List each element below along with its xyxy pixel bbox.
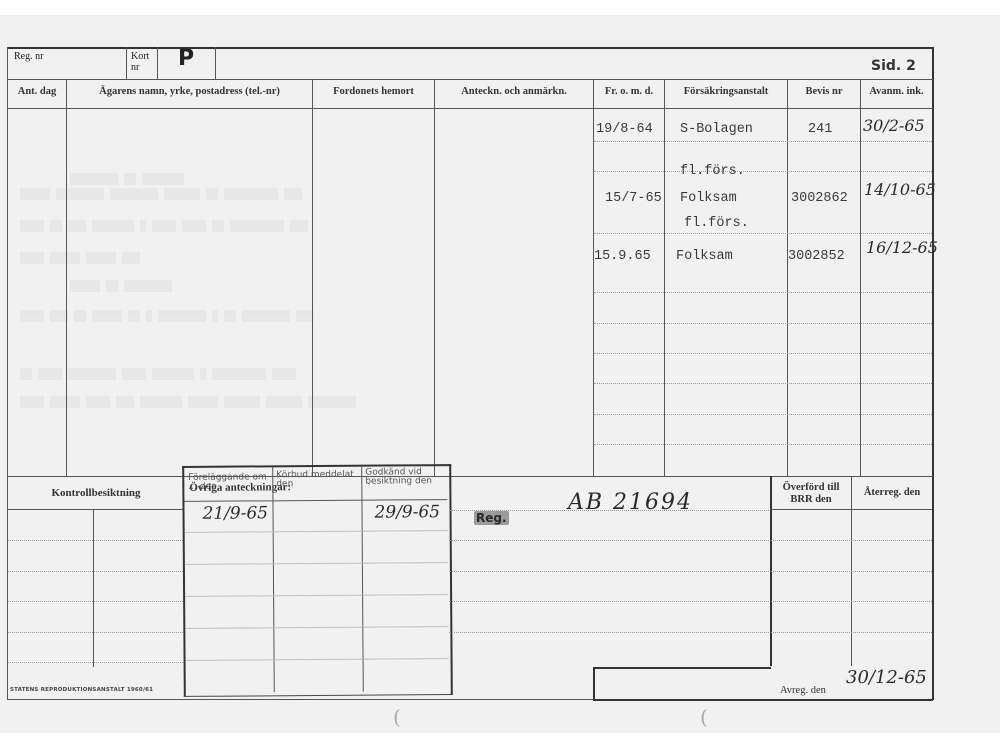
column-header-certificate: Bevis nr — [788, 86, 860, 97]
bleed-through-texture: ▒▒▒▒ ▒▒▒ ▒▒ ▒▒▒▒▒ ▒▒ ▒ ▒▒▒▒▒▒▒▒ ▒ ▒▒ ▒▒▒… — [20, 312, 314, 323]
bleed-through-texture: ▒▒▒▒▒ ▒▒▒▒▒▒▒▒ ▒▒▒▒▒▒▒▒ ▒▒▒▒▒▒ ▒▒ ▒▒▒▒▒▒… — [20, 190, 302, 201]
certificate-number: 3002852 — [788, 249, 845, 264]
kort-nr-value: P — [178, 46, 194, 71]
from-date: 15.9.65 — [594, 249, 651, 264]
other-notes-label: Övriga anteckningar: — [189, 481, 291, 494]
column-header-deregistered: Avanm. ink. — [861, 86, 932, 97]
insurer: Folksam — [680, 191, 737, 206]
column-header-from-date: Fr. o. m. d. — [594, 86, 664, 97]
approved-date: 29/9-65 — [374, 502, 440, 522]
deregistered-date: 14/10-65 — [864, 180, 936, 199]
rereg-label: Återreg. den — [852, 487, 932, 498]
avreg-date: 30/12-65 — [846, 667, 927, 688]
insurance-note: fl.förs. — [684, 216, 749, 231]
page-number: Sid. 2 — [871, 58, 916, 74]
column-header-owner: Ägarens namn, yrke, postadress (tel.-nr) — [67, 86, 312, 97]
insurer: S-Bolagen — [680, 122, 753, 137]
bleed-through-texture: ▒▒▒▒ ▒▒▒▒▒ ▒▒▒▒▒ ▒▒▒ — [20, 254, 140, 265]
kort-nr-label: Kort nr — [131, 51, 153, 73]
reg-stamp: Reg. — [474, 511, 509, 525]
inspection-title: Kontrollbesiktning — [8, 487, 184, 499]
from-date: 19/8-64 — [596, 122, 653, 137]
slip-col-approved-label: Godkänd vid besiktning den — [365, 468, 445, 487]
bleed-through-texture: ▒▒▒▒▒▒▒▒ ▒▒ ▒▒▒▒▒▒▒ — [70, 175, 184, 186]
deregistered-date: 30/2-65 — [863, 116, 925, 135]
insurance-note: fl.förs. — [680, 164, 745, 179]
transferred-to-brr-label: Överförd till BRR den — [772, 482, 850, 506]
printer-imprint: STATENS REPRODUKTIONSANSTALT 1960/61 — [10, 687, 153, 693]
bleed-through-texture: ▒▒ ▒▒▒▒ ▒▒▒▒▒▒▒▒ ▒▒▒▒ ▒▒▒▒▒▒▒ ▒ ▒▒▒▒▒▒▒▒… — [20, 370, 296, 381]
from-date: 15/7-65 — [605, 191, 662, 206]
column-header-ant-dag: Ant. dag — [8, 86, 66, 97]
inspection-slip: Föreläggande om ... den Körbud meddelat … — [182, 464, 453, 697]
reg-nr-label: Reg. nr — [14, 51, 54, 62]
deregistered-date: 16/12-65 — [866, 238, 938, 257]
fold-mark: ( — [700, 705, 708, 729]
column-header-home-location: Fordonets hemort — [313, 86, 434, 97]
certificate-number: 3002862 — [791, 191, 848, 206]
insurer: Folksam — [676, 249, 733, 264]
ordered-date: 21/9-65 — [202, 503, 268, 523]
column-header-insurer: Försäkringsanstalt — [665, 86, 787, 97]
bleed-through-texture: ▒▒▒▒▒ ▒▒ ▒▒▒▒▒▒▒▒ — [70, 282, 172, 293]
bleed-through-texture: ▒▒▒▒ ▒▒▒▒▒ ▒▒▒▒ ▒▒▒ ▒▒▒▒▒▒▒ ▒▒▒▒▒ ▒▒▒▒▒▒… — [20, 398, 356, 409]
fold-mark: ( — [393, 705, 401, 729]
column-header-notes: Anteckn. och anmärkn. — [435, 86, 593, 97]
avreg-label: Avreg. den — [780, 685, 826, 696]
bleed-through-texture: ▒▒▒▒ ▒▒ ▒▒▒ ▒▒▒▒▒▒▒ ▒ ▒▒▒▒ ▒▒▒▒ ▒▒ ▒▒▒▒▒… — [20, 222, 308, 233]
certificate-number: 241 — [808, 122, 832, 137]
registration-number: AB 21694 — [568, 490, 693, 515]
